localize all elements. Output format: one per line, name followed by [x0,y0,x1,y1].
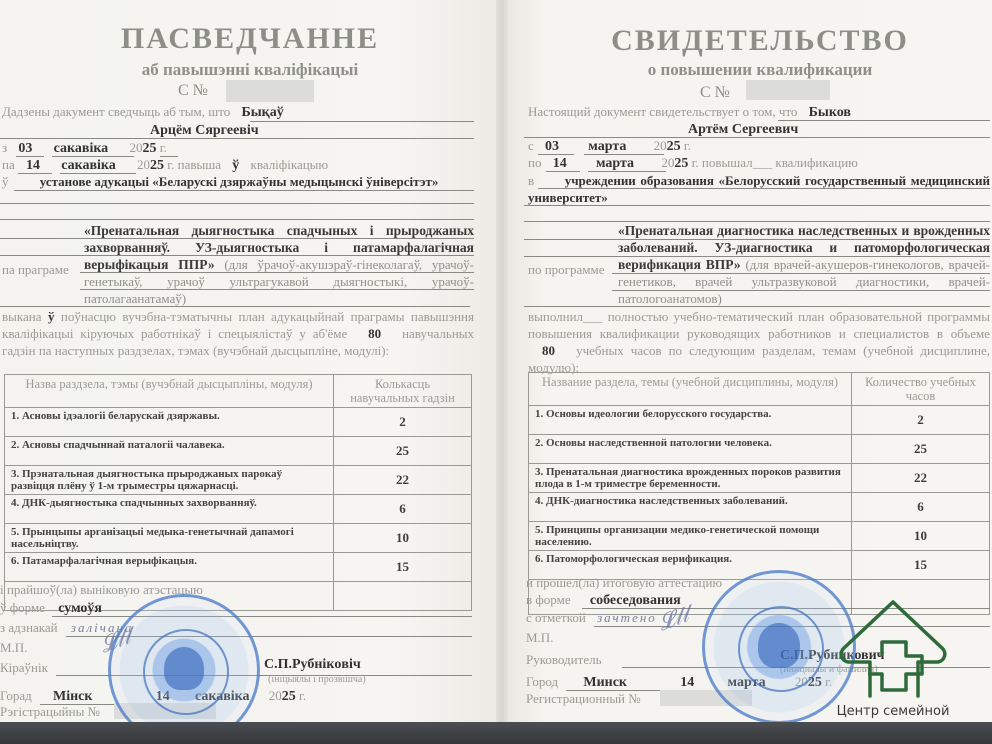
certificate-spread: ПАСВЕДЧАННЕ аб павышэнні кваліфікацыі С … [0,0,992,722]
table-row: 1. Основы идеологии белорусского государ… [529,406,990,435]
head-label: Кіраўнік [0,660,48,676]
program-label: па праграме [2,262,69,278]
reg-label: Рэгістрацыйны № [0,704,100,720]
attestation-grade: с отметкой зачтено [526,610,657,626]
desk-background [0,722,992,744]
surname: Бықаў [242,105,284,120]
attestation-form: в форме собеседования [526,592,681,609]
head-caption: (ініцыялы і прозвішча) [268,674,366,685]
table-row: 3. Пренатальная диагностика врожденных п… [529,464,990,493]
page-fold [496,0,508,722]
reg-label: Регистрационный № [526,691,641,707]
table-row: 4. ДНК-дыягностыка спадчынных захворванн… [5,495,472,524]
doc-subtitle: аб павышэнні кваліфікацыі [60,60,440,80]
cert-number-label: С № [178,82,208,100]
cert-number-redacted [226,80,314,102]
intro-line: Дадзены дакумент сведчыць аб тым, што Бы… [2,104,284,121]
curriculum-table: Назва раздзела, тэмы (вучэбнай дысцыплін… [4,374,472,611]
head-name: С.П.Рубнікoвіч [264,656,361,673]
table-row: 6. Патамарфалагічная верыфікацыя.15 [5,553,472,582]
attestation-form: ў форме сумоўя [0,600,102,617]
cert-number-redacted [746,80,830,100]
seal-place: М.П. [526,630,553,646]
clinic-logo: Центр семейной медицины ДОКТОР ТУТ [800,598,986,738]
doc-subtitle: о повышении квалификации [570,60,950,80]
surname: Быков [809,105,851,120]
program-text: «Пренатальная диагностика наследственных… [618,222,990,307]
given-names: Артём Сергеевич [688,121,798,138]
doc-title: СВИДЕТЕЛЬСТВО [570,24,950,58]
cert-number-label: С № [700,84,730,102]
given-names: Арцём Сяргеевіч [150,122,259,139]
table-row: 5. Прынцыпы арганізацыі медыка-генетычна… [5,524,472,553]
institution-line: в учреждении образования «Белорусский го… [528,172,990,206]
table-row: 4. ДНК-диагностика наследственных заболе… [529,493,990,522]
seal-place: М.П. [0,640,27,656]
head-label: Руководитель [526,652,602,668]
intro-line: Настоящий документ свидетельствует о том… [528,104,851,121]
institution-line: ў установе адукацыі «Беларускі дзяржаўны… [2,174,438,190]
program-label: по программе [528,262,605,278]
date-from: с 03 марта 2025 г. [528,138,691,155]
program-text: «Пренатальная дыягностыка спадчыных і пр… [84,222,474,307]
table-row: 5. Принципы организации медико-генетичес… [529,522,990,551]
attestation-text: и прошел(ла) итоговую аттестацию [526,575,722,591]
date-to: па 14 сакавіка 2025 г. павыша ў кваліфік… [2,157,328,174]
table-row: 1. Асновы ідэалогіі беларускай дзяржавы.… [5,408,472,437]
house-cross-icon [800,598,986,702]
total-hours: 80 [368,326,381,341]
total-hours: 80 [542,343,555,358]
date-to: по 14 марта 2025 г. повышал___ квалифика… [528,155,858,172]
page-belarusian: ПАСВЕДЧАННЕ аб павышэнні кваліфікацыі С … [0,0,496,722]
doc-title: ПАСВЕДЧАННЕ [60,22,440,56]
table-row: 2. Асновы спадчыннай паталогіі чалавека.… [5,437,472,466]
table-row: 2. Основы наследственной патологии челов… [529,435,990,464]
table-row: 3. Прэнатальная дыягностыка прыроджаных … [5,466,472,495]
date-from: з 03 сакавіка 2025 г. [2,140,167,157]
completed-text: выполнил___ полностью учебно-тематически… [528,308,990,376]
completed-text: выкана ў поўнасцю вучэбна-тэматычны план… [2,308,474,359]
